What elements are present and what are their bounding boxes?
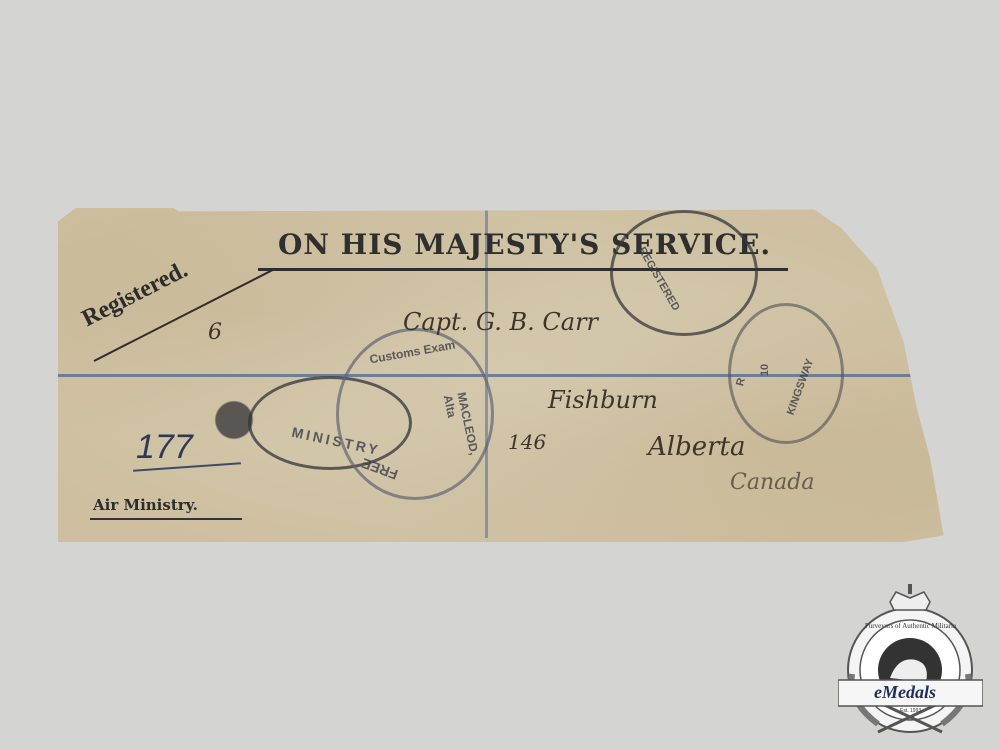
- registered-postmark: REGISTERED: [610, 210, 758, 336]
- addressee-line1: Capt. G. B. Carr: [403, 308, 598, 336]
- customs-stamp-bottom: FREE: [359, 455, 400, 483]
- emedals-emblem-icon: [838, 582, 983, 742]
- emedals-established: Est. 1993: [900, 708, 921, 714]
- addressee-line3: Alberta: [648, 432, 746, 462]
- addressee-line2: Fishburn: [548, 386, 658, 414]
- postmark-right-prefix: R: [734, 377, 748, 388]
- emedals-motto: Purveyors of Authentic Militaria: [838, 622, 983, 630]
- handwritten-number: 177: [136, 428, 193, 467]
- handwritten-count: 6: [208, 320, 222, 345]
- addressee-line4: Canada: [730, 470, 814, 495]
- customs-stamp-top: Customs Exam: [368, 338, 456, 367]
- sender-label: Air Ministry.: [93, 496, 198, 514]
- sender-underline: [90, 518, 242, 520]
- customs-stamp: Customs Exam MACLEOD, Alta FREE: [336, 328, 494, 500]
- emedals-brand: eMedals: [874, 682, 936, 703]
- registered-label: Registered.: [78, 257, 193, 333]
- envelope: ON HIS MAJESTY'S SERVICE. Registered. 6 …: [58, 208, 948, 542]
- customs-stamp-side: MACLEOD, Alta: [441, 391, 482, 459]
- postmark-top-text: REGISTERED: [636, 245, 682, 313]
- emedals-logo: eMedals Purveyors of Authentic Militaria…: [838, 582, 983, 742]
- addressee-note: 146: [508, 430, 546, 454]
- postmark-right-text: KINGSWAY: [785, 357, 816, 416]
- crown-icon: [210, 398, 258, 442]
- postmark-right-date: 10: [759, 364, 771, 376]
- kingsway-postmark: R 10 KINGSWAY: [728, 303, 844, 444]
